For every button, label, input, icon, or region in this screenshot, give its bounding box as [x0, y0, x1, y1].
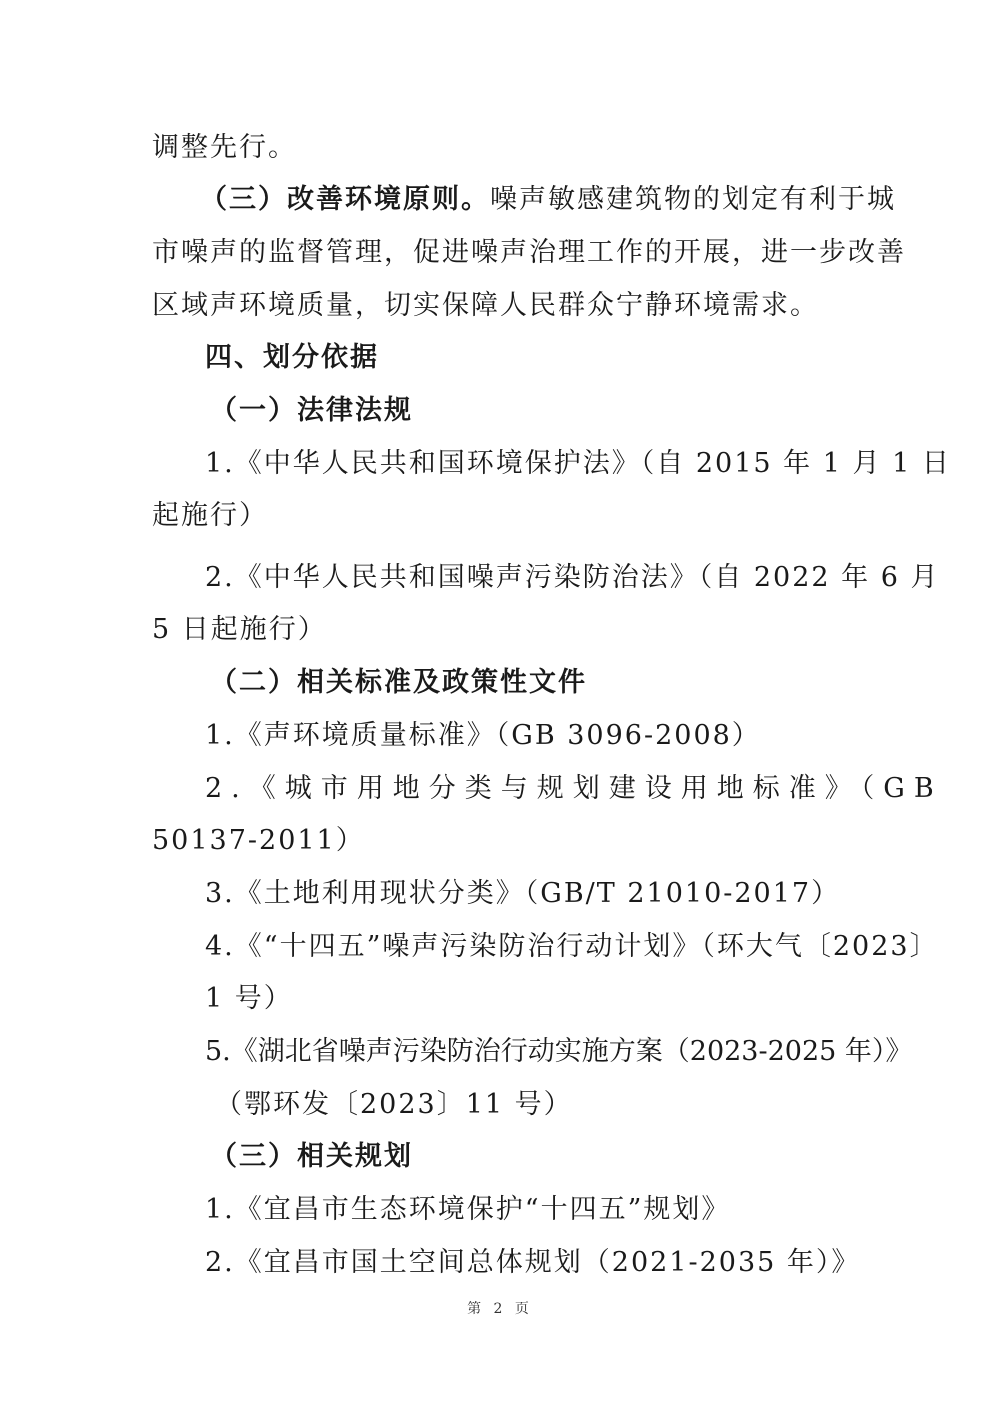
list-item: 3.《土地利用现状分类》（GB/T 21010-2017） [0, 874, 1000, 914]
list-item: 2.《城市用地分类与规划建设用地标准》（GB [0, 769, 1000, 809]
list-item: 5.《湖北省噪声污染防治行动实施方案（2023-2025 年）》 [0, 1032, 1000, 1072]
paragraph-line: 区域声环境质量，切实保障人民群众宁静环境需求。 [0, 286, 1000, 326]
section-heading: 四、划分依据 [0, 338, 1000, 378]
paragraph-line: （三）改善环境原则。噪声敏感建筑物的划定有利于城 [0, 180, 1000, 220]
paragraph-text: 噪声敏感建筑物的划定有利于城 [490, 184, 896, 215]
subsection-heading: （三）相关规划 [0, 1137, 1000, 1177]
page-number: 第 2 页 [0, 1298, 1000, 1318]
subsection-heading: （一）法律法规 [0, 391, 1000, 431]
list-item: 1.《宜昌市生态环境保护“十四五”规划》 [0, 1190, 1000, 1230]
subsection-heading: （二）相关标准及政策性文件 [0, 663, 1000, 703]
list-item-continuation: 1 号） [0, 979, 1000, 1019]
list-item: 4.《“十四五”噪声污染防治行动计划》（环大气〔2023〕 [0, 927, 1000, 967]
list-item: 1.《声环境质量标准》（GB 3096-2008） [0, 716, 1000, 756]
list-item-continuation: 50137-2011） [0, 821, 1000, 861]
list-item: 1.《中华人民共和国环境保护法》（自 2015 年 1 月 1 日 [0, 444, 1000, 484]
list-item: 2.《宜昌市国土空间总体规划（2021-2035 年）》 [0, 1243, 1000, 1283]
list-item-continuation: （鄂环发〔2023〕11 号） [0, 1085, 1000, 1125]
paragraph-line: 调整先行。 [0, 128, 1000, 168]
principle-heading: （三）改善环境原则。 [200, 184, 490, 215]
list-item: 2.《中华人民共和国噪声污染防治法》（自 2022 年 6 月 [0, 558, 1000, 598]
paragraph-line: 市噪声的监督管理，促进噪声治理工作的开展，进一步改善 [0, 233, 1000, 273]
list-item-continuation: 起施行） [0, 496, 1000, 536]
list-item-continuation: 5 日起施行） [0, 610, 1000, 650]
